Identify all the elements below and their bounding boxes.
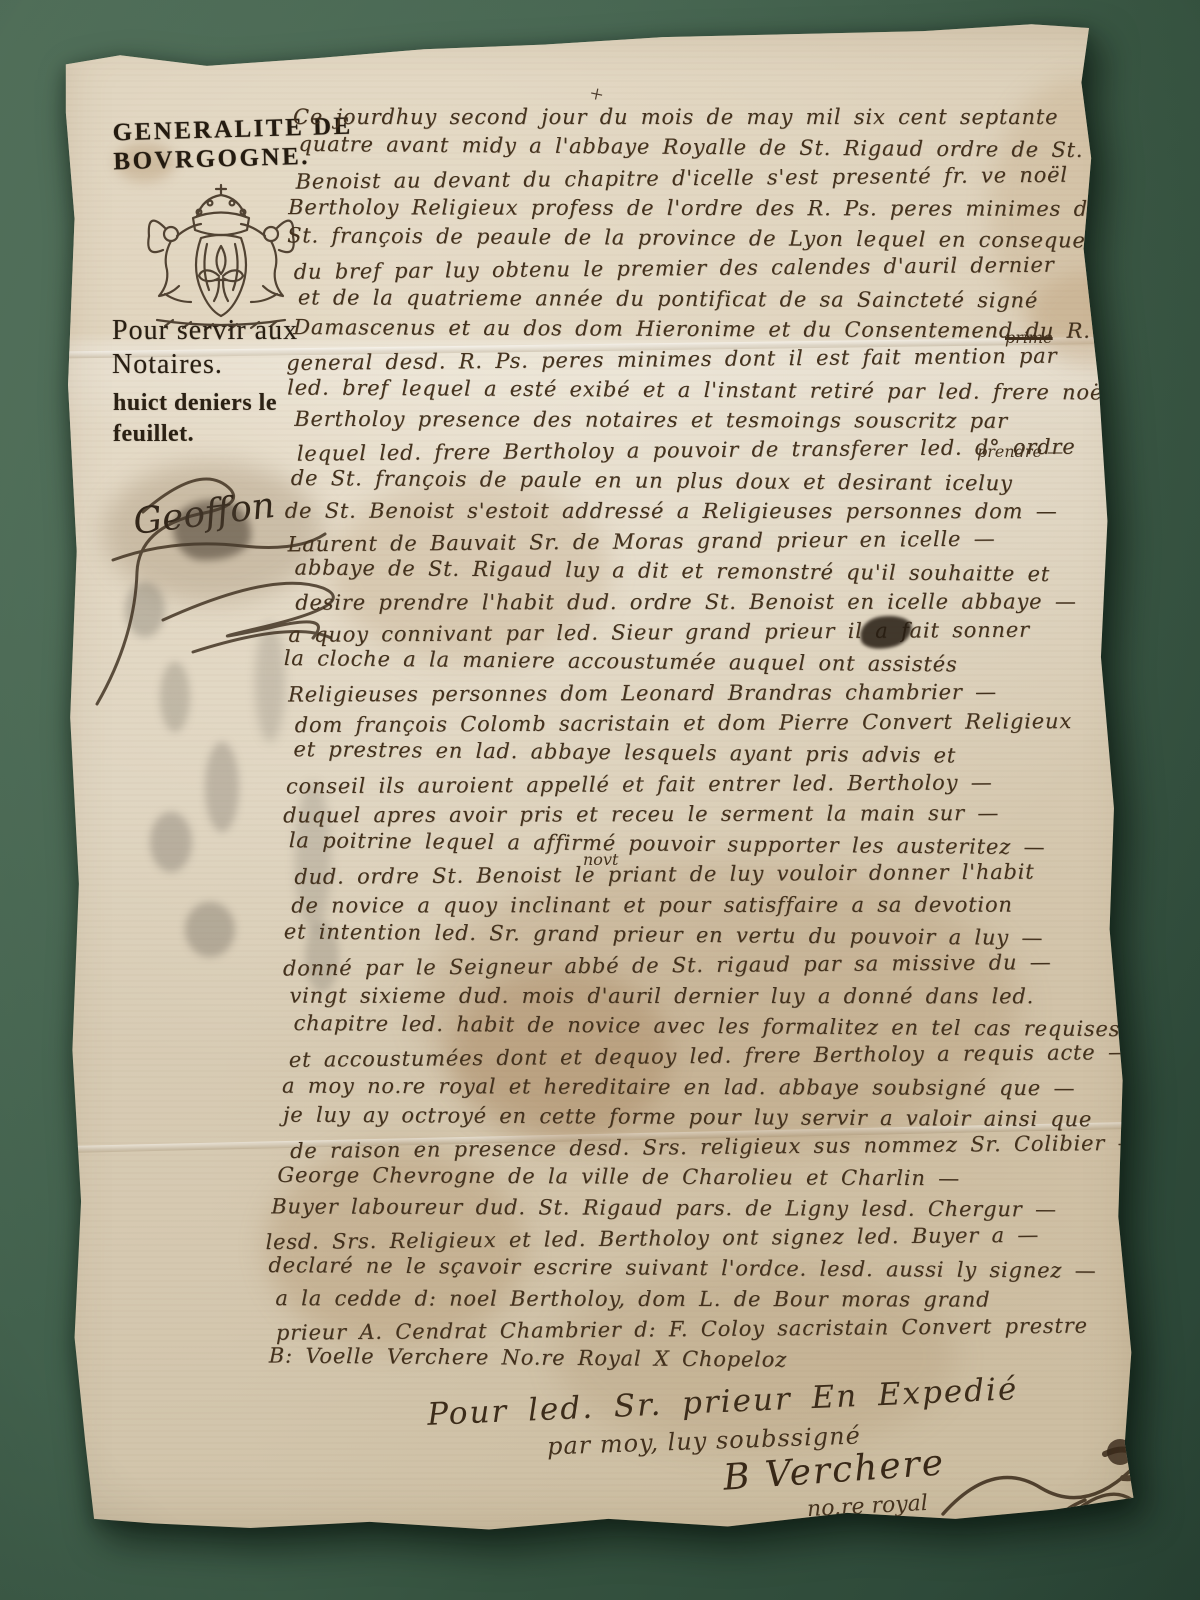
manuscript-line: je luy ay octroyé en cette forme pour lu… xyxy=(283,1099,1101,1134)
interline-word: novt xyxy=(583,850,618,869)
manuscript-line: duquel apres avoir pris et receu le serm… xyxy=(283,798,1101,831)
manuscript-line: a la cedde d: noel Bertholoy, dom L. de … xyxy=(275,1283,1093,1315)
stain xyxy=(115,142,175,182)
manuscript-line: abbaye de St. Rigaud luy a dit et remons… xyxy=(294,553,1112,590)
manuscript-line: chapitre led. habit de novice avec les f… xyxy=(293,1008,1111,1044)
manuscript-line: et accoustumées dont et dequoy led. frer… xyxy=(289,1037,1107,1075)
bleedthrough-spot xyxy=(150,812,192,872)
manuscript-line: et prestres en lad. abbaye lesquels ayan… xyxy=(293,734,1111,772)
signature-paraph xyxy=(935,1418,1155,1568)
manuscript-line: dud. ordre St. Benoist le priant de luy … xyxy=(294,856,1112,892)
manuscript-line: et de la quatrieme année du pontificat d… xyxy=(298,282,1116,316)
manuscript-line: George Chevrogne de la ville de Charolie… xyxy=(277,1160,1095,1194)
stain xyxy=(450,967,670,1142)
manuscript-line: donné par le Seigneur abbé de St. rigaud… xyxy=(283,947,1101,984)
stain xyxy=(555,1262,955,1452)
manuscript-line: a quoy connivant par led. Sieur grand pr… xyxy=(288,614,1106,650)
manuscript-line: Benoist au devant du chapitre d'icelle s… xyxy=(295,159,1113,197)
top-tint-band xyxy=(55,22,1140,1534)
document-paper-wrap: + GENERALITE DE BOVRGOGNE. xyxy=(55,22,1140,1534)
manuscript-line: Bertholoy Religieux profess de l'ordre d… xyxy=(288,192,1106,224)
ink-blot xyxy=(173,500,251,560)
manuscript-line: vingt sixieme dud. mois d'auril dernier … xyxy=(289,980,1107,1011)
fold-crease-top xyxy=(55,336,1140,358)
manuscript-line: prieur A. Cendrat Chambrier d: F. Coloy … xyxy=(276,1310,1094,1348)
stamp-line2: BOVRGOGNE. xyxy=(113,141,354,177)
manuscript-line: du bref par luy obtenu le premier des ca… xyxy=(294,250,1112,288)
manuscript-line: la poitrine lequel a affirmé pouvoir sup… xyxy=(289,825,1107,863)
manuscript-line: dom françois Colomb sacristain et dom Pi… xyxy=(295,706,1113,741)
notary-signature: B Verchere xyxy=(722,1442,947,1498)
manuscript-line: lesd. Srs. Religieux et led. Bertholoy o… xyxy=(265,1219,1083,1257)
photo-background: + GENERALITE DE BOVRGOGNE. xyxy=(0,0,1200,1600)
generalite-stamp-title: GENERALITE DE BOVRGOGNE. xyxy=(112,112,354,177)
bleedthrough-spot xyxy=(185,902,235,957)
manuscript-line: declaré ne le sçavoir escrire suivant l'… xyxy=(268,1250,1086,1286)
manuscript-line: de St. Benoist s'estoit addressé a Relig… xyxy=(285,496,1103,527)
fee-line1: huict deniers le xyxy=(113,388,277,419)
stain xyxy=(330,477,610,662)
manuscript-line: la cloche a la maniere accoustumée auque… xyxy=(284,643,1102,681)
serve-line2: Notaires. xyxy=(112,348,298,382)
bleedthrough-spot xyxy=(255,622,285,742)
manuscript-line: desire prendre l'habit dud. ordre St. Be… xyxy=(295,586,1113,618)
manuscript-line: Ce jourdhuy second jour du mois de may m… xyxy=(293,102,1111,132)
closing-line1: Pour led. Sr. prieur En Expedié xyxy=(426,1371,1019,1433)
notary-signature-title: no.re royal xyxy=(806,1491,928,1522)
coat-of-arms-icon xyxy=(121,174,321,354)
bleedthrough-spot xyxy=(205,742,239,832)
manuscript-line: conseil ils auroient appellé et fait ent… xyxy=(286,766,1104,801)
manuscript-line: B: Voelle Verchere No.re Royal X Chopelo… xyxy=(269,1341,1087,1378)
manuscript-line: de novice a quoy inclinant et pour satis… xyxy=(291,889,1109,920)
margin-signature-name: Geoffon xyxy=(131,485,277,543)
manuscript-line: de St. françois de paule en un plus doux… xyxy=(291,462,1109,498)
fee-note: huict deniers le feuillet. xyxy=(113,388,277,450)
manuscript-line: Religieuses personnes dom Leonard Brandr… xyxy=(288,676,1106,709)
manuscript-line: a moy no.re royal et hereditaire en lad.… xyxy=(282,1070,1100,1103)
manuscript-line: general desd. R. Ps. peres minimes dont … xyxy=(286,341,1104,379)
margin-signature: Geoffon xyxy=(73,442,373,742)
bleedthrough-spot xyxy=(295,782,331,932)
manuscript-line: Damascenus et au dos dom Hieronime et du… xyxy=(293,312,1111,346)
manuscript-line: Laurent de Bauvait Sr. de Moras grand pr… xyxy=(287,523,1105,560)
document-paper: + GENERALITE DE BOVRGOGNE. xyxy=(55,22,1140,1534)
manuscript-body: Ce jourdhuy second jour du mois de may m… xyxy=(293,102,1111,1374)
fee-line2: feuillet. xyxy=(113,419,277,450)
manuscript-line: lequel led. frere Bertholoy a pouvoir de… xyxy=(297,432,1115,470)
interline-word: prendre — xyxy=(977,442,1063,461)
stain xyxy=(420,857,1020,1157)
fold-crease-bottom xyxy=(55,1122,1140,1154)
manuscript-line: Buyer laboureur dud. St. Rigaud pars. de… xyxy=(271,1191,1089,1224)
manuscript-line: St. françois de peaule de la province de… xyxy=(287,221,1105,257)
bleedthrough-spot xyxy=(125,582,165,637)
manuscript-line: et intention led. Sr. grand prieur en ve… xyxy=(284,916,1102,953)
stamp-line1: GENERALITE DE xyxy=(112,112,353,148)
stain xyxy=(990,77,1165,347)
cross-mark: + xyxy=(585,81,606,111)
serve-line1: Pour servir aux xyxy=(112,314,298,348)
pour-servir-note: Pour servir aux Notaires. xyxy=(112,314,298,382)
ink-blot xyxy=(858,613,914,652)
stain xyxy=(103,462,323,602)
closing-line2: par moy, luy soubssigné xyxy=(547,1422,862,1461)
stain xyxy=(1030,272,1150,367)
manuscript-line: quatre avant midy a l'abbaye Royalle de … xyxy=(298,129,1116,166)
manuscript-line: de raison en presence desd. Srs. religie… xyxy=(290,1128,1108,1166)
manuscript-line: Bertholoy presence des notaires et tesmo… xyxy=(294,404,1112,437)
stain xyxy=(265,1147,525,1347)
manuscript-line: led. bref lequel a esté exibé et a l'ins… xyxy=(287,372,1105,407)
interline-word-struck: prime xyxy=(1005,328,1053,347)
bleedthrough-spot xyxy=(160,662,190,732)
bleedthrough-spot xyxy=(305,922,339,992)
